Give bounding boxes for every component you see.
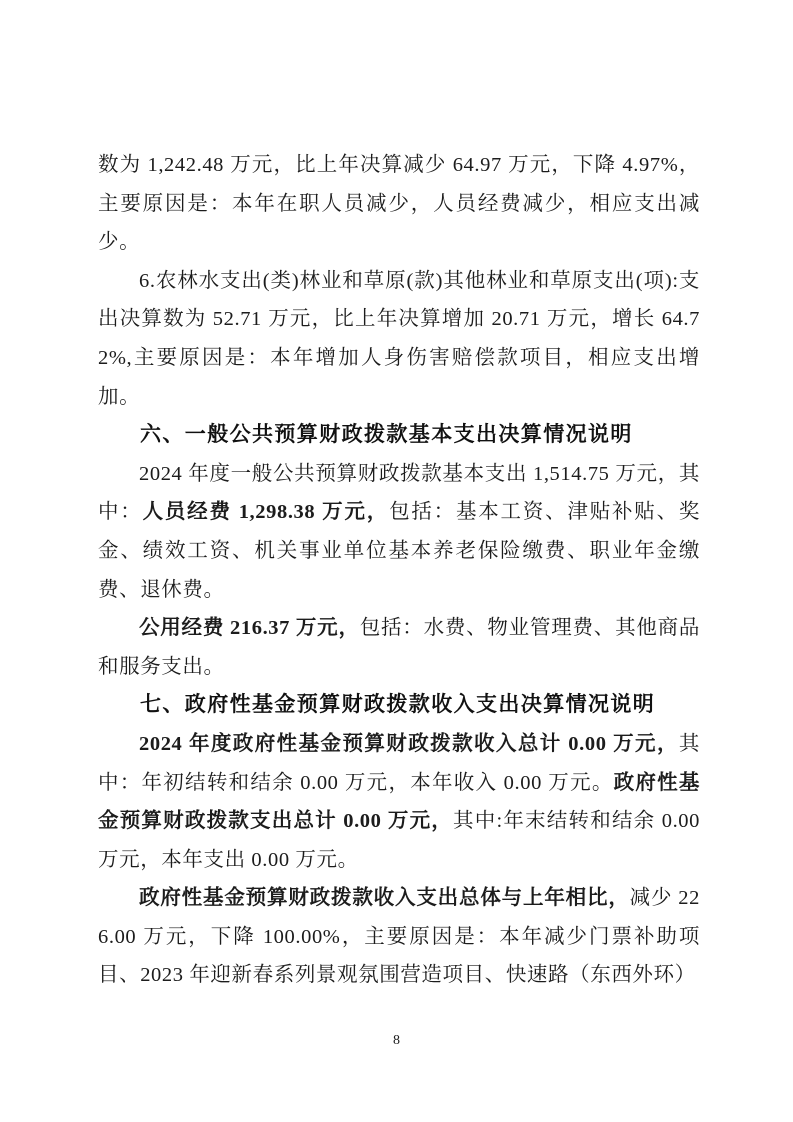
text-run: 六、一般公共预算财政拨款基本支出决算情况说明 [140, 423, 633, 446]
section-heading: 七、政府性基金预算财政拨款收入支出决算情况说明 [98, 686, 700, 725]
text-run: 数为 1,242.48 万元，比上年决算减少 64.97 万元，下降 4.97%… [98, 154, 700, 253]
document-page: 数为 1,242.48 万元，比上年决算减少 64.97 万元，下降 4.97%… [0, 0, 793, 1122]
paragraph: 2024 年度一般公共预算财政拨款基本支出 1,514.75 万元，其中：人员经… [98, 455, 700, 609]
paragraph: 政府性基金预算财政拨款收入支出总体与上年相比，减少 226.00 万元，下降 1… [98, 879, 700, 995]
document-content: 数为 1,242.48 万元，比上年决算减少 64.97 万元，下降 4.97%… [98, 146, 700, 995]
paragraph: 2024 年度政府性基金预算财政拨款收入总计 0.00 万元，其中：年初结转和结… [98, 725, 700, 879]
text-run: 6.农林水支出(类)林业和草原(款)其他林业和草原支出(项):支出决算数为 52… [98, 270, 700, 408]
section-heading: 六、一般公共预算财政拨款基本支出决算情况说明 [98, 416, 700, 455]
text-run: 2024 年度政府性基金预算财政拨款收入总计 0.00 万元， [139, 733, 679, 755]
text-run: 七、政府性基金预算财政拨款收入支出决算情况说明 [140, 693, 655, 716]
text-run: 公用经费 216.37 万元， [139, 617, 360, 639]
page-number: 8 [0, 1033, 793, 1049]
text-run: 政府性基金预算财政拨款收入支出总体与上年相比， [139, 887, 630, 909]
text-run: 人员经费 1,298.38 万元， [143, 501, 389, 523]
paragraph: 6.农林水支出(类)林业和草原(款)其他林业和草原支出(项):支出决算数为 52… [98, 262, 700, 416]
paragraph: 公用经费 216.37 万元，包括：水费、物业管理费、其他商品和服务支出。 [98, 609, 700, 686]
paragraph: 数为 1,242.48 万元，比上年决算减少 64.97 万元，下降 4.97%… [98, 146, 700, 262]
